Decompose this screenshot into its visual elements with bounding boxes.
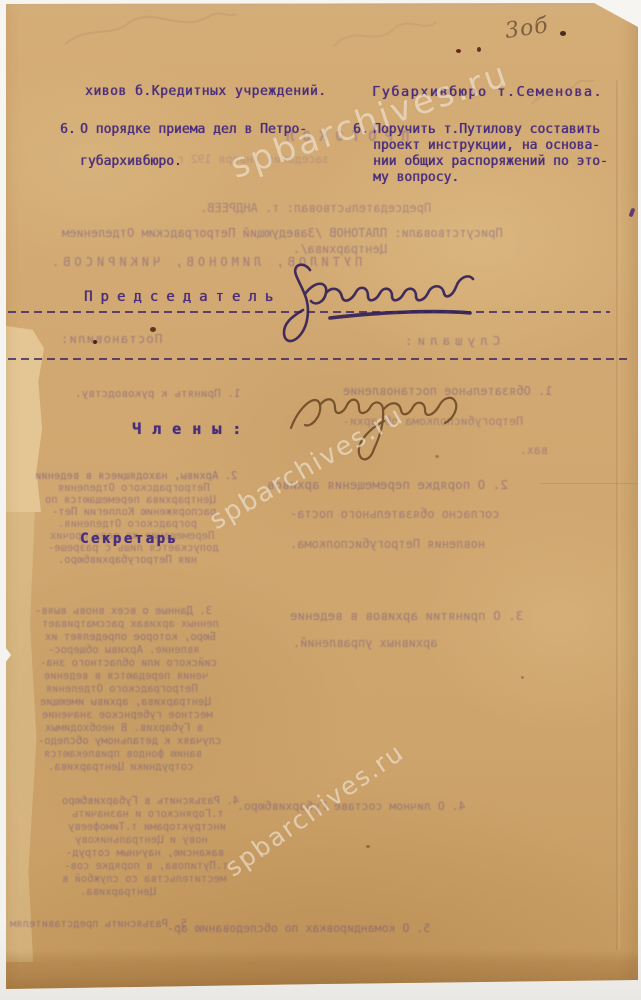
bleed-line: Бюро, которое определяет их [45, 631, 216, 643]
bleed-line: в Губархив. В необходимых [45, 722, 203, 734]
typed-item6-question-line: О порядке приема дел в Петро- [80, 122, 307, 137]
chairman-signature [258, 258, 493, 356]
scanned-document: ПРОТОКОЛ заседания января 192 г. Председ… [0, 0, 641, 1000]
bleed-line: сийского или областного зна- [40, 657, 217, 669]
bleed-line: роградского Отделения. [58, 518, 197, 530]
typed-item6-question-line: губархивбюро. [80, 154, 182, 169]
bleed-line: распоряжению Коллегии Пет- [52, 506, 216, 518]
ink-speck [456, 49, 461, 53]
tape-repair-patch [6, 326, 44, 512]
dashed-separator [8, 358, 632, 360]
bleed-line: Петроградского Отделения [58, 482, 210, 494]
bleed-line: 4. Разъяснить в Губархивбюро [62, 795, 239, 807]
paper-stain [435, 455, 439, 458]
bleed-line: явление. Архивы общерос- [48, 644, 200, 656]
pencil-scribble [60, 4, 240, 59]
bleed-line: Петроградского Отделения [46, 683, 198, 695]
vertical-crease [616, 80, 620, 950]
typed-item6-number: 6. [60, 122, 76, 137]
watermark: spbarchives.ru [220, 737, 410, 882]
typed-item6-resolution-line: Поручить т.Путилову составить [373, 122, 600, 137]
bleed-line: сотрудники Центрархива. [48, 761, 193, 773]
bleed-line: Центрархива перемещаются по [45, 494, 216, 506]
bleed-chaired-line: Председательствовал: т. АНДРЕЕВ. [200, 201, 431, 215]
members-label: Члены: [132, 420, 252, 438]
bleed-line: 5. Разъяснить представителям [10, 918, 187, 930]
bleed-line: случаях к детальному обследо- [38, 735, 221, 747]
bleed-line: т.Путилова, в порядке сов- [64, 860, 228, 872]
bleed-line: 2. Архивы, находящиеся в ведении [35, 470, 237, 482]
paper-stain [521, 676, 524, 679]
chairman-label: Председатель [84, 289, 281, 305]
bleed-line: архивных управлений. [293, 636, 438, 650]
paper-stain [366, 845, 370, 848]
bleed-line: Центрархива. [80, 886, 156, 898]
pen-mark [629, 208, 636, 218]
bleed-line: новления Петрогубисполкома. [290, 537, 485, 551]
bleed-line: инструкторами т.Тимофееву [68, 821, 226, 833]
ink-speck [477, 47, 481, 52]
ink-speck [93, 340, 97, 344]
bleed-present-line2: Центрархива/. [293, 242, 387, 256]
bleed-line: местительства со службой в [62, 873, 226, 885]
paper-sheet: ПРОТОКОЛ заседания января 192 г. Председ… [0, 0, 641, 992]
ink-speck [150, 327, 156, 332]
typed-item6-resolution-number: 6. [353, 122, 369, 137]
bleed-line: ванию фондов привлекаются [44, 748, 202, 760]
bleed-line: 1. Принять к руководству. [75, 387, 241, 400]
bleed-present-line1: Присутствовали: ПЛАТОНОВ /Заведующий Пет… [62, 226, 503, 240]
bleed-line: местное губернское значение [42, 709, 213, 721]
bleed-line: вакансию, научным сотруд- [66, 847, 224, 859]
bleed-line: 4. О личном составе Губархивбюро. [237, 799, 465, 813]
bleed-line: 3. Данные о всех вновь выяв- [35, 605, 212, 617]
bleed-session-line: заседания января 192 г. [170, 152, 329, 166]
typed-item6-resolution-line: проект инструкции, на основа- [373, 138, 600, 153]
bleed-line: 2. О порядке перемещения архивов [267, 477, 508, 492]
pencil-scribble [528, 72, 598, 112]
secretary-label: Секретарь [80, 531, 178, 547]
bleed-line: чения передаются в ведение [44, 670, 208, 682]
bleed-line: 3. О принятии архивов в ведение [290, 608, 523, 623]
bleed-line: Центрархива, архивы имеющие [40, 696, 211, 708]
ink-speck [560, 31, 566, 36]
bleed-line: ленных архивах рассматривает [42, 618, 219, 630]
bleed-line: ния Петрогубархивбюро. [58, 554, 197, 566]
horizontal-crease [540, 483, 638, 484]
bleed-line: 5. О командировках по обследованию ар- [167, 921, 430, 935]
bleed-resolved-header: Постановили: [60, 331, 162, 346]
page-number-note: 3об [503, 13, 550, 44]
pencil-scribble [330, 8, 440, 58]
bleed-line: согласно обязательного поста- [290, 507, 500, 521]
bleed-line: т.Горянского и назначить [72, 808, 224, 820]
typed-item6-resolution-line: му вопросу. [373, 170, 459, 185]
tape-repair-strip [6, 512, 38, 962]
typed-item6-resolution-line: нии общих распоряжений по это- [373, 154, 608, 169]
bottom-fold-shadow [0, 950, 641, 992]
typed-continuation-left: хивов б.Кредитных учреждений. [85, 84, 326, 99]
bleed-line: вах. [520, 443, 548, 457]
bleed-line: нову и Центральникову [75, 834, 208, 846]
